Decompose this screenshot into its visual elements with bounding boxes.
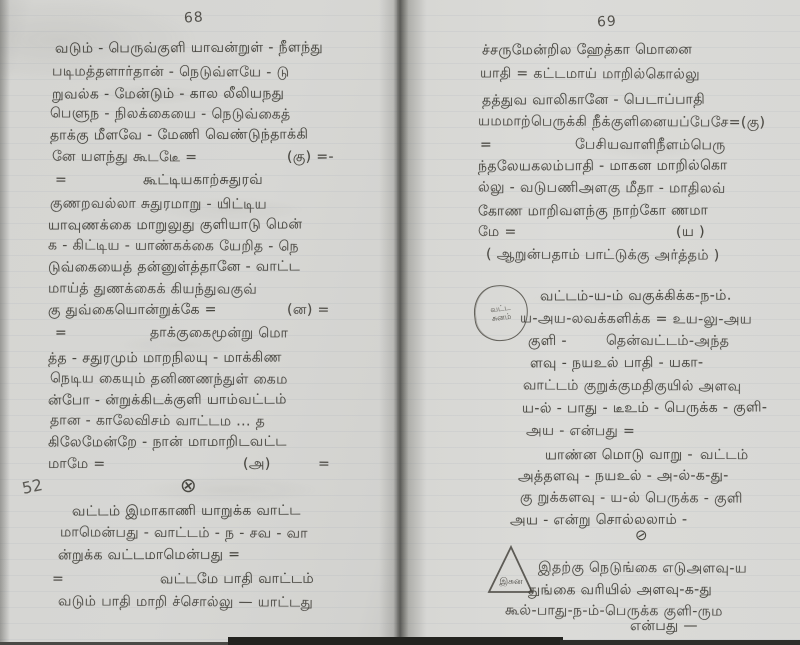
handwritten-line: யாதி = கட்டமாய் மாறில்கொல்லு: [480, 65, 700, 84]
photo-bottom-edge: [560, 640, 800, 645]
handwritten-line: ய-ல் - பாது - டீஉம் - பெருக்க - குளி-: [522, 399, 767, 418]
handwritten-line: =: [52, 571, 64, 587]
handwritten-line: என்பது —: [630, 618, 698, 636]
handwritten-line: ன்போ - ன்றுக்கிடக்குளி யாம்வட்டம்: [48, 391, 287, 410]
handwritten-line: ச்சருமேன்றில ஹேத்கா மொனை: [482, 42, 692, 61]
handwritten-line: கோண மாறிவளந்கு நாற்கோ ணமா: [478, 202, 708, 221]
handwritten-line: வடும் - பெருவ்குளி யாவன்றுள் - நீளந்து: [55, 39, 323, 58]
handwritten-line: அய - என்று சொல்லலாம் -: [510, 512, 688, 531]
handwritten-line: னே யளந்து கூடடீே =: [52, 149, 198, 168]
handwritten-line: =: [55, 325, 67, 341]
handwritten-line: படிமத்தளார்தான் - நெடுவ்ளயே - டு: [52, 63, 290, 82]
triangle-stamp-text: இசுன: [499, 577, 523, 587]
handwritten-line: (ய ): [676, 224, 705, 242]
handwritten-line: =: [318, 456, 330, 472]
circled-x-mark: ⊗: [178, 472, 198, 498]
handwritten-line: த்த - சதுரமும் மாறநிலயு - மாக்கிண: [48, 349, 282, 368]
handwritten-line: அத்தளவு - நயஉல் - அ-ல்-க-து-: [518, 468, 729, 487]
triangle-stamp-annotation: இசுன: [486, 544, 534, 596]
handwritten-line: அய - என்பது =: [526, 423, 635, 442]
handwritten-line: =: [480, 137, 492, 153]
handwritten-line: (அ): [243, 456, 271, 474]
handwritten-line: =: [55, 172, 67, 188]
handwritten-line: ய-அய-லவக்களிக்க = உய-லு-அய: [520, 310, 752, 329]
handwritten-line: தாக்குகைமூன்று மொ: [150, 325, 288, 344]
handwritten-line: வட்டம்: [700, 447, 749, 465]
handwritten-line: மாமே =: [48, 456, 106, 474]
handwritten-line: வடும் பாதி மாறி ச்சொல்லு — யாட்டது: [58, 593, 313, 612]
handwritten-line: யாவுணக்கை மாறுலுது குளியாடு மென்: [48, 216, 303, 235]
handwritten-line: வட்டமே பாதி வாட்டம்: [160, 571, 314, 590]
handwritten-line: தென்வட்டம்-அந்த: [606, 333, 729, 352]
handwritten-line: டுவ்கையைத் தன்னுள்த்தானே - வாட்ட: [48, 258, 300, 277]
page-number-right: 69: [597, 13, 618, 30]
handwritten-line: வட்டம்-ய-ம் வகுக்கிக்க-ந-ம்.: [540, 288, 732, 307]
handwritten-line: ளவு - நயஉல் பாதி - யகா-: [530, 355, 704, 374]
handwritten-line: கு றுக்களவு - ய-ல் பெருக்க - குளி: [520, 489, 743, 508]
handwritten-line: கு துவ்கையொன்றுக்கே =: [48, 302, 217, 321]
handwritten-line: இதற்கு நெடுங்கை எடுஅளவு-ய: [538, 559, 747, 578]
handwritten-line: மாமென்பது - வாட்டம் - ந - சவ - வா: [60, 524, 308, 543]
book-spread: 68 69 52 ⊗ ⊘ வட்ட சுனம் இசுன வடும் - பெர…: [0, 0, 800, 645]
photo-bottom-edge: [228, 637, 563, 645]
handwritten-line: வட்டம் இமாகாணி யாறுக்க வாட்ட: [72, 503, 301, 522]
circle-stamp-text: சுனம்: [491, 312, 511, 323]
handwritten-line: ல்லு - வடுபணிஅளகு மீதா - மாதிலவ்: [478, 179, 726, 198]
handwritten-line: கூட்டியகாற்சுதுரவ்: [143, 172, 263, 191]
handwritten-line: (கு) =-: [287, 149, 334, 167]
handwritten-line: தாக்கு மீளவே - மேணி வெண்டுந்தாக்கி: [50, 126, 308, 145]
handwritten-line: ந்தலேயகலம்பாதி - மாகன மாறில்கொ: [478, 157, 728, 176]
handwritten-line: நெடிய கையும் தனிணணந்துள் கைம: [50, 370, 288, 389]
handwritten-line: குணறவல்லா சுதுரமாறு - யிட்டிய: [50, 195, 267, 214]
handwritten-line: (ன) =: [287, 302, 330, 320]
handwritten-line: தத்துவ வாலிகானே - பெடாப்பாதி: [482, 92, 705, 111]
page-number-left: 68: [183, 9, 204, 26]
handwritten-line: மே =: [478, 224, 517, 242]
handwritten-line: யமமாற்பெருக்கி நீக்குளினையப்பேசே=(கு): [478, 113, 766, 133]
handwritten-line: துங்கை வரியில் அளவு-க-து: [528, 582, 712, 601]
handwritten-line: பெளுந - நிலக்கையை - நெடுவ்கைத்: [50, 105, 291, 124]
handwritten-line: பேசியவாளிநீளம்பெரு: [575, 137, 726, 156]
handwritten-line: தான - காலேவிசம் வாட்டம ... த: [50, 412, 265, 431]
handwritten-line: யாண்ன மொடு வாறு -: [545, 447, 693, 466]
handwritten-line: றுவல்க - மேன்டும் - கால லீலியநது: [52, 85, 284, 104]
handwritten-line: க - கிட்டிய - யாண்கக்கை யேறித - நெ: [48, 237, 299, 256]
handwritten-line: மாய்த் துணக்கைக் கியந்துவகுவ்: [48, 280, 257, 299]
handwritten-line: ( ஆறுன்பதாம் பாட்டுக்கு அர்த்தம் ): [486, 246, 720, 265]
handwritten-line: ன்றுக்க வட்டமாமென்பது =: [58, 547, 240, 566]
handwritten-line: வாட்டம் குறுக்குமதிகுயில் அளவு: [523, 377, 742, 396]
handwritten-line: கிலேமேன்றே - நான் மாமாறிடவட்ட: [48, 433, 287, 452]
handwritten-line: குளி -: [528, 333, 567, 351]
